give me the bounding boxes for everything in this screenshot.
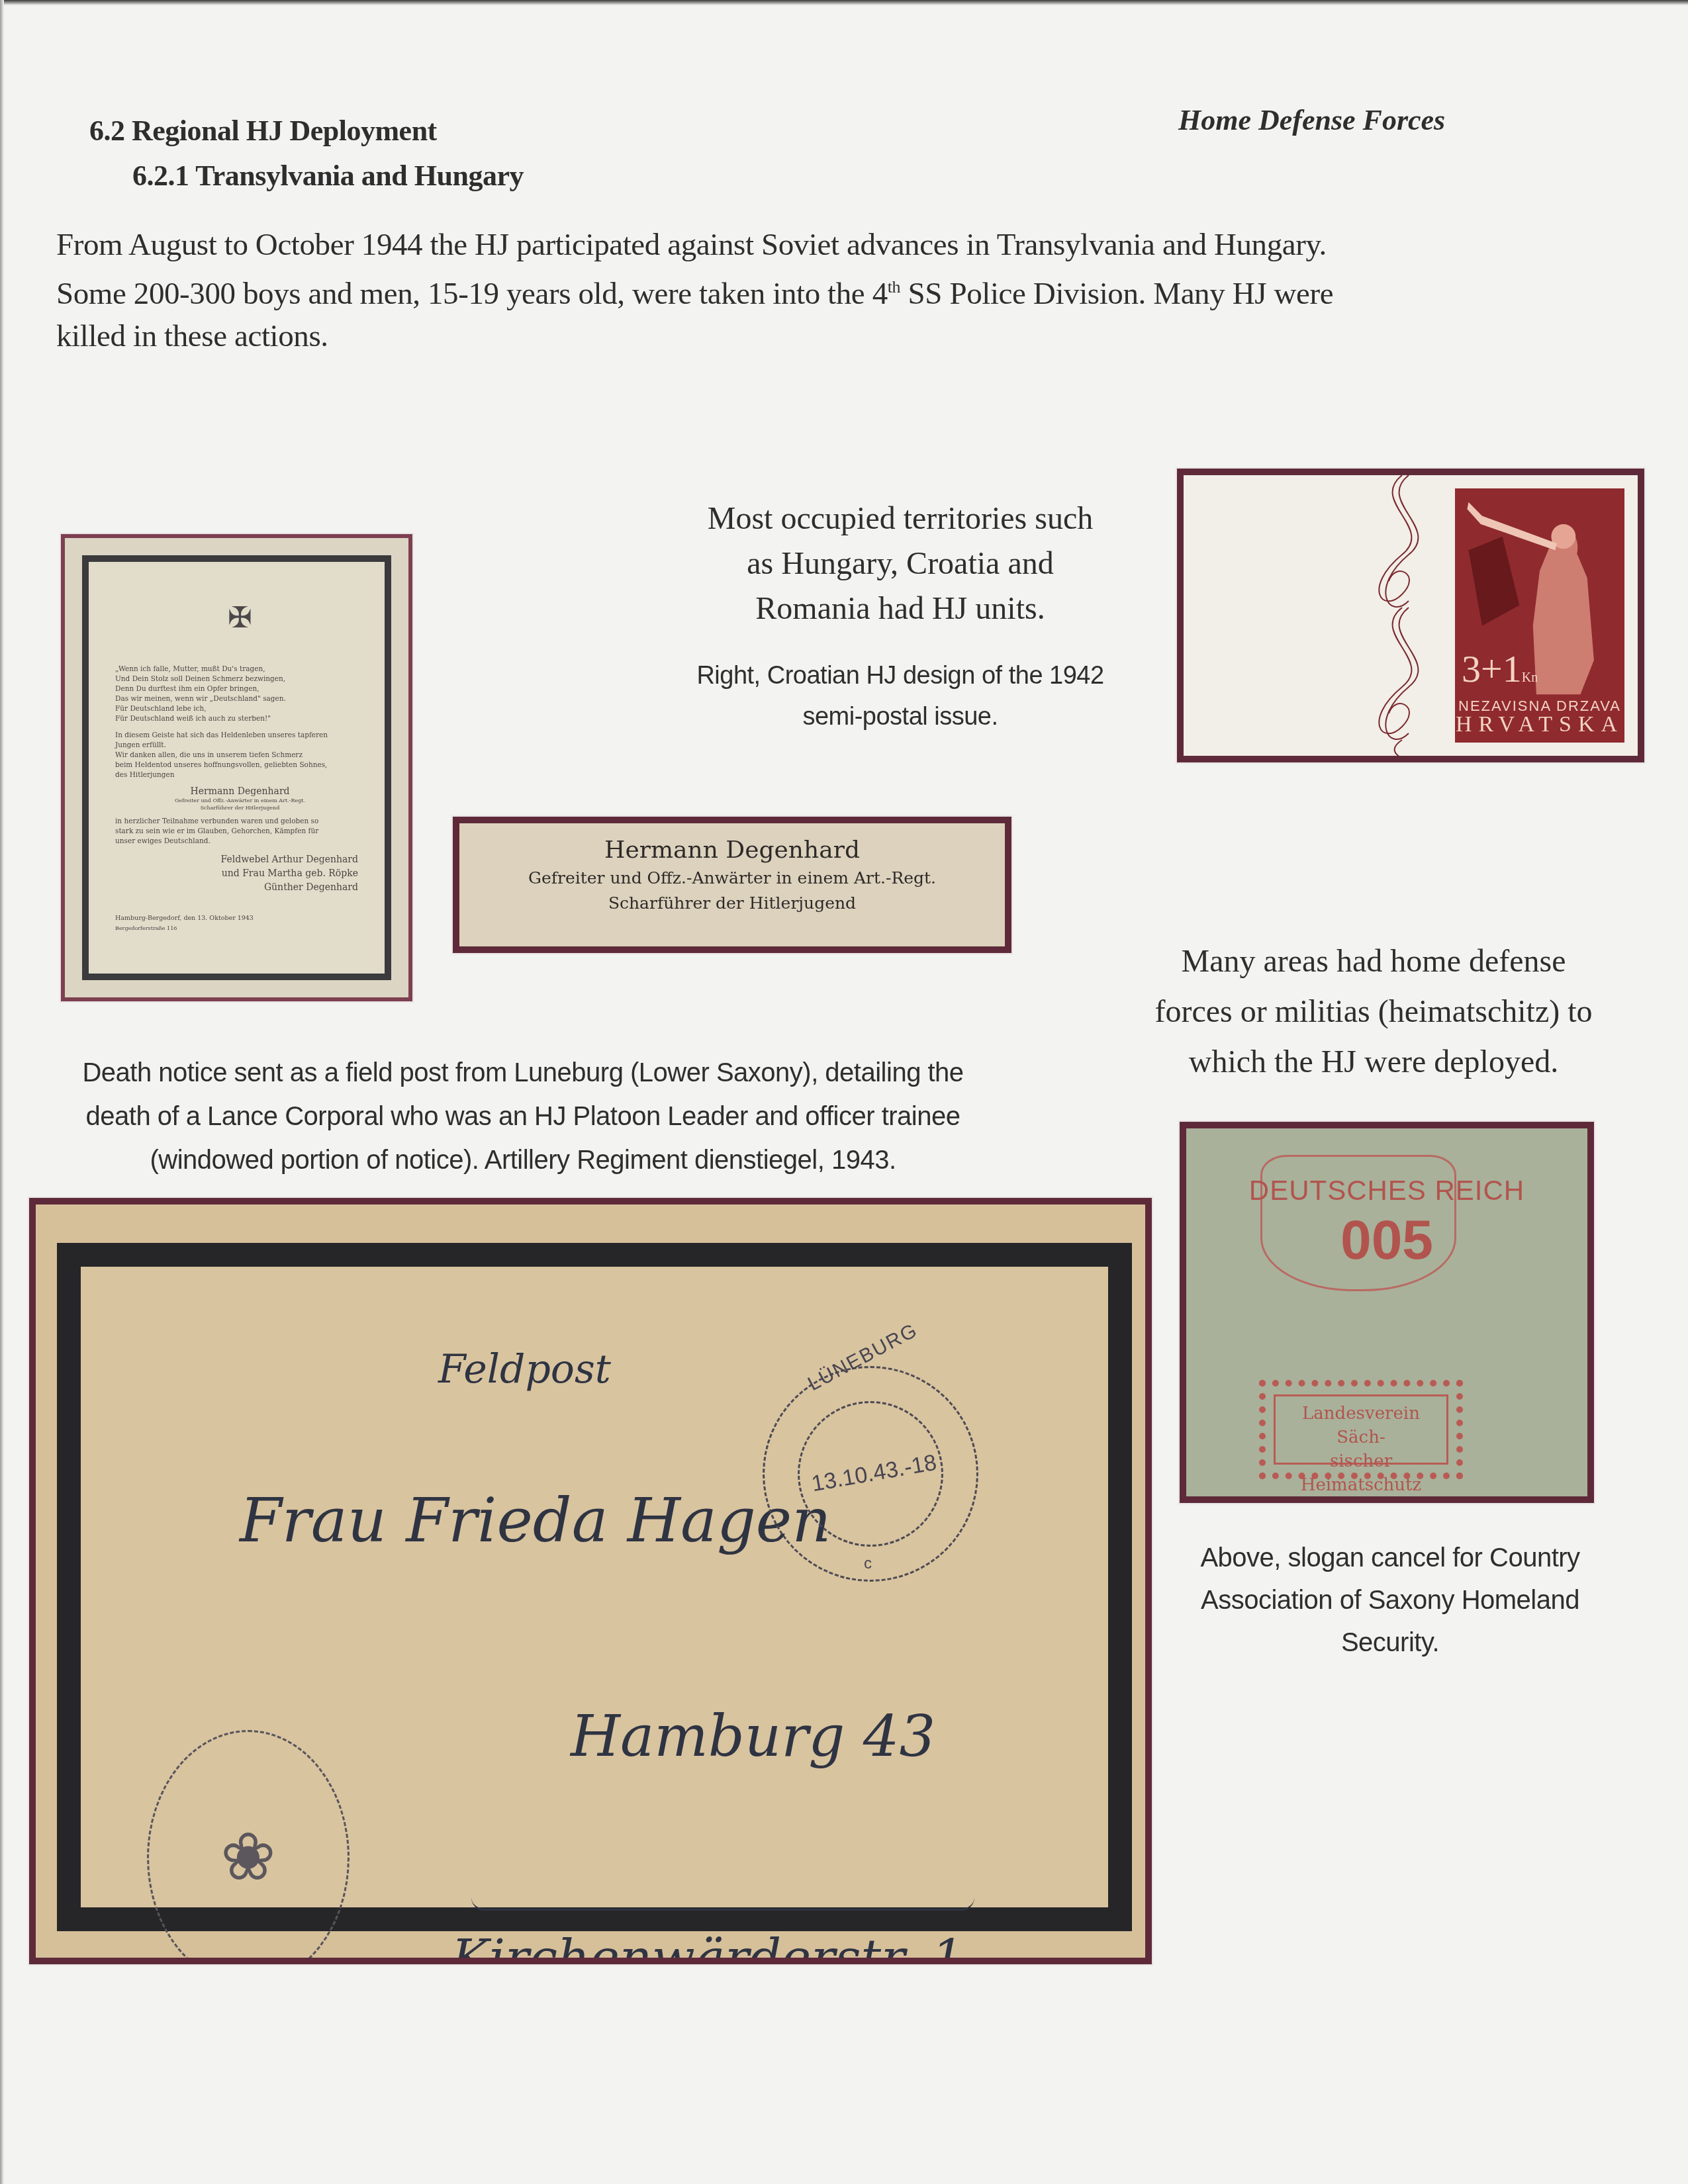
caption-line: Above, slogan cancel for Country — [1165, 1537, 1615, 1579]
notice-address: Bergedorferstraße 116 — [115, 923, 365, 933]
caption-line: as Hungary, Croatia and — [652, 541, 1149, 586]
eagle-seal-icon: ❀ — [195, 1805, 301, 1911]
notice-line: beim Heldentod unseres hoffnungsvollen, … — [115, 760, 365, 770]
postmark-letter: c — [864, 1555, 872, 1573]
scroll-ornament-icon — [1184, 475, 1442, 756]
caption-occupied-territories: Most occupied territories such as Hungar… — [652, 496, 1149, 631]
intro-line-3: killed in these actions. — [56, 315, 1645, 357]
feldpost-marking: Feldpost — [438, 1346, 611, 1392]
ordinal-suffix: th — [888, 277, 900, 296]
strip-hj-rank: Scharführer der Hitlerjugend — [459, 891, 1005, 916]
caption-line: forces or militias (heimatschitz) to — [1099, 987, 1648, 1037]
signatures: Feldwebel Arthur Degenhard und Frau Mart… — [115, 853, 365, 895]
notice-line: Jungen erfüllt. — [115, 741, 365, 751]
slogan-box: Landesverein Säch- sischer Heimatschutz — [1259, 1380, 1463, 1479]
caption-home-defense: Many areas had home defense forces or mi… — [1099, 936, 1648, 1087]
caption-line: Most occupied territories such — [652, 496, 1149, 541]
deceased-hj-rank: Scharführer der Hitlerjugend — [115, 804, 365, 811]
deceased-name: Hermann Degenhard — [115, 787, 365, 797]
notice-line: unser ewiges Deutschland. — [115, 837, 365, 846]
poem-line: Und Dein Stolz soll Deinen Schmerz bezwi… — [115, 674, 365, 684]
notice-date: Hamburg-Bergedorf, den 13. Oktober 1943 — [115, 913, 365, 923]
name-strip-mount: Hermann Degenhard Gefreiter und Offz.-An… — [451, 815, 1013, 954]
slogan-text: Landesverein Säch- sischer Heimatschutz — [1274, 1394, 1448, 1465]
poem-line: Für Deutschland lebe ich, — [115, 704, 365, 714]
signature-line: und Frau Martha geb. Röpke — [115, 867, 358, 881]
meter-cut-mount: DEUTSCHES REICH 005 Landesverein Säch- s… — [1178, 1120, 1595, 1504]
signature-line: Günther Degenhard — [115, 881, 358, 895]
poem-line: „Wenn ich falle, Mutter, mußt Du's trage… — [115, 664, 365, 674]
notice-paragraph-2: in herzlicher Teilnahme verbunden waren … — [115, 817, 365, 846]
caption-death-notice: Death notice sent as a field post from L… — [26, 1051, 1019, 1182]
mourning-border: Feldpost Frau Frieda Hagen Hamburg 43 Ki… — [57, 1243, 1132, 1931]
addressee: Frau Frieda Hagen — [240, 1485, 831, 1556]
meter-value: 005 — [1186, 1208, 1587, 1272]
caption-line: Death notice sent as a field post from L… — [26, 1051, 1019, 1095]
stamp-selvage — [1184, 475, 1442, 756]
caption-line: Association of Saxony Homeland — [1165, 1579, 1615, 1621]
poem-line: Für Deutschland weiß ich auch zu sterben… — [115, 714, 365, 724]
stamp-country-line-2: HRVATSKA — [1455, 712, 1624, 737]
meter-cut: DEUTSCHES REICH 005 Landesverein Säch- s… — [1186, 1128, 1587, 1496]
caption-line: Security. — [1165, 1621, 1615, 1664]
notice-line: stark zu sein wie er im Glauben, Gehorch… — [115, 827, 365, 837]
mourning-border: ✠ „Wenn ich falle, Mutter, mußt Du's tra… — [82, 555, 391, 980]
section-heading: 6.2 Regional HJ Deployment — [89, 114, 437, 148]
poem: „Wenn ich falle, Mutter, mußt Du's trage… — [115, 664, 365, 724]
meter-country: DEUTSCHES REICH — [1186, 1175, 1587, 1206]
caption-line: Right, Croatian HJ design of the 1942 — [652, 655, 1149, 696]
poem-line: Das wir meinen, wenn wir „Deutschland" s… — [115, 694, 365, 704]
scan-shadow-left — [0, 0, 4, 2184]
poem-line: Denn Du durftest ihm ein Opfer bringen, — [115, 684, 365, 694]
intro-line-1: From August to October 1944 the HJ parti… — [56, 224, 1645, 266]
death-notice-mount: ✠ „Wenn ich falle, Mutter, mußt Du's tra… — [60, 533, 414, 1003]
iron-cross-icon: ✠ — [115, 602, 365, 635]
caption-line: death of a Lance Corporal who was an HJ … — [26, 1095, 1019, 1138]
postmark-town: LÜNEBURG — [804, 1319, 921, 1396]
caption-line: semi-postal issue. — [652, 696, 1149, 737]
feldpost-cover: Feldpost Frau Frieda Hagen Hamburg 43 Ki… — [36, 1205, 1145, 1958]
feldpost-cover-mount: Feldpost Frau Frieda Hagen Hamburg 43 Ki… — [28, 1197, 1153, 1966]
stamp-perforations: 3+1Kn NEZAVISNA DRZAVA HRVATSKA — [1442, 475, 1638, 756]
signature-line: Feldwebel Arthur Degenhard — [115, 853, 358, 867]
slogan-line: Landesverein Säch- — [1276, 1402, 1446, 1449]
death-notice-card: ✠ „Wenn ich falle, Mutter, mußt Du's tra… — [65, 538, 408, 997]
stamp-value: 3+1Kn — [1462, 647, 1538, 691]
caption-line: Many areas had home defense — [1099, 936, 1648, 987]
caption-croatian-stamp: Right, Croatian HJ design of the 1942 se… — [652, 655, 1149, 737]
name-strip: Hermann Degenhard Gefreiter und Offz.-An… — [459, 823, 1005, 946]
croatian-stamp: 3+1Kn NEZAVISNA DRZAVA HRVATSKA — [1184, 475, 1638, 756]
notice-line: des Hitlerjungen — [115, 770, 365, 780]
notice-line: In diesem Geiste hat sich das Heldenlebe… — [115, 731, 365, 741]
strip-name: Hermann Degenhard — [459, 823, 1005, 866]
notice-paragraph-1: In diesem Geiste hat sich das Heldenlebe… — [115, 731, 365, 780]
intro-line-2-text: Some 200-300 boys and men, 15-19 years o… — [56, 277, 888, 311]
intro-line-2: Some 200-300 boys and men, 15-19 years o… — [56, 266, 1645, 315]
chapter-label: Home Defense Forces — [1178, 103, 1445, 137]
caption-line: (windowed portion of notice). Artillery … — [26, 1138, 1019, 1182]
caption-slogan-cancel: Above, slogan cancel for Country Associa… — [1165, 1537, 1615, 1664]
official-seal: ❀ — [147, 1730, 350, 1958]
address-city: Hamburg 43 — [571, 1704, 935, 1770]
stamp-currency: Kn — [1522, 670, 1538, 685]
croatian-stamp-mount: 3+1Kn NEZAVISNA DRZAVA HRVATSKA — [1176, 467, 1646, 764]
stamp-design: 3+1Kn NEZAVISNA DRZAVA HRVATSKA — [1455, 488, 1624, 743]
caption-line: Romania had HJ units. — [652, 586, 1149, 631]
strip-rank: Gefreiter und Offz.-Anwärter in einem Ar… — [459, 866, 1005, 891]
notice-line: in herzlicher Teilnahme verbunden waren … — [115, 817, 365, 827]
intro-paragraph: From August to October 1944 the HJ parti… — [56, 224, 1645, 357]
caption-line: which the HJ were deployed. — [1099, 1037, 1648, 1087]
notice-line: Wir danken allen, die uns in unserem tie… — [115, 751, 365, 760]
underline-stroke — [471, 1889, 974, 1911]
deceased-rank: Gefreiter und Offz.-Anwärter in einem Ar… — [115, 797, 365, 804]
postmark: LÜNEBURG 13.10.43.-18 c — [763, 1366, 978, 1582]
address-street: Kirchenwärderstr. 1 — [451, 1929, 964, 1958]
subsection-heading: 6.2.1 Transylvania and Hungary — [132, 159, 524, 193]
scan-shadow-top — [0, 0, 1688, 5]
slogan-line: sischer Heimatschutz — [1276, 1449, 1446, 1496]
intro-line-2-text-end: SS Police Division. Many HJ were — [900, 277, 1333, 311]
stamp-value-number: 3+1 — [1462, 647, 1522, 690]
death-notice-text: ✠ „Wenn ich falle, Mutter, mußt Du's tra… — [115, 588, 365, 954]
